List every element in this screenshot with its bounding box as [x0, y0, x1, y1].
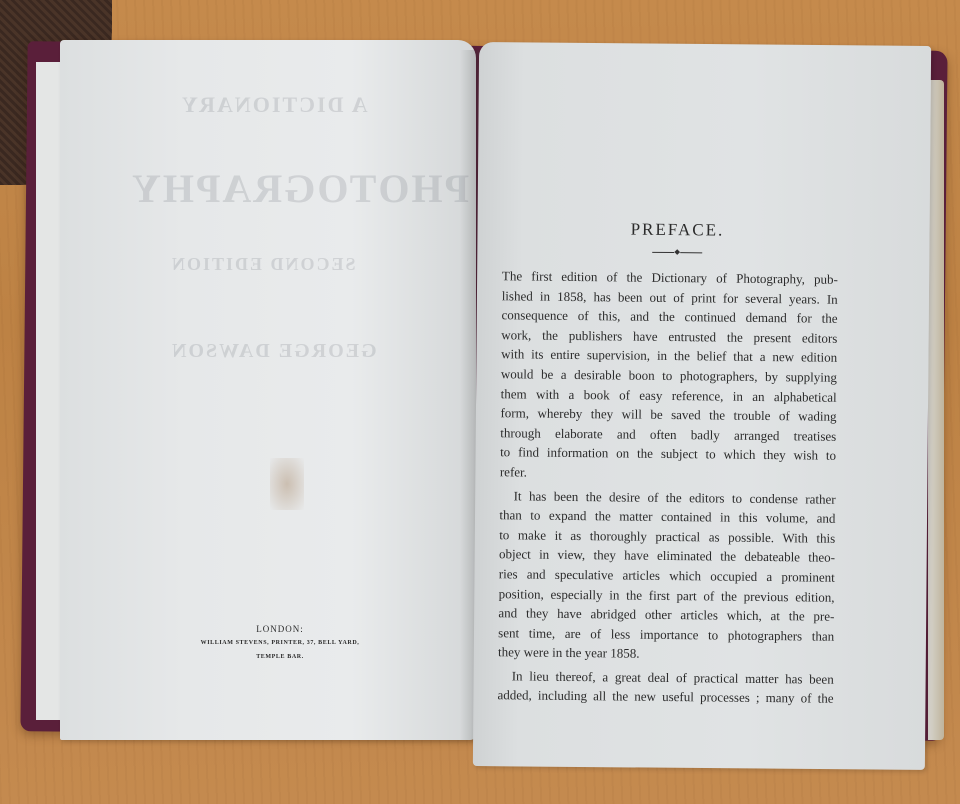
printer-imprint: LONDON: WILLIAM STEVENS, PRINTER, 37, BE… [140, 622, 420, 664]
text-line: refer. [500, 462, 836, 485]
bleed-through-text: PHOTOGRAPHY [130, 165, 469, 212]
text-line: they were in the year 1858. [498, 643, 834, 666]
ornament-divider [516, 248, 838, 255]
imprint-printer: WILLIAM STEVENS, PRINTER, 37, BELL YARD, [140, 636, 420, 650]
paragraph-1: The first edition of the Dictionary of P… [500, 266, 838, 485]
foxing-stain [270, 458, 304, 510]
text-line: added, including all the new useful proc… [497, 686, 833, 709]
page-edges [928, 80, 944, 740]
imprint-city: LONDON: [140, 622, 420, 636]
paragraph-2: It has been the desire of the editors to… [498, 486, 836, 666]
text-line: to find information on the subject to wh… [500, 443, 836, 466]
bleed-through-text: A DICTIONARY [180, 92, 368, 118]
paragraph-3: In lieu thereof, a great deal of practic… [497, 666, 833, 709]
imprint-place: TEMPLE BAR. [140, 650, 420, 664]
preface-text: PREFACE. The first edition of the Dictio… [497, 218, 838, 709]
page-title: PREFACE. [502, 218, 838, 242]
bleed-through-text: GEORGE DAWSON [170, 340, 377, 363]
bleed-through-text: SECOND EDITION [170, 254, 356, 275]
diamond-ornament-icon [674, 249, 680, 255]
